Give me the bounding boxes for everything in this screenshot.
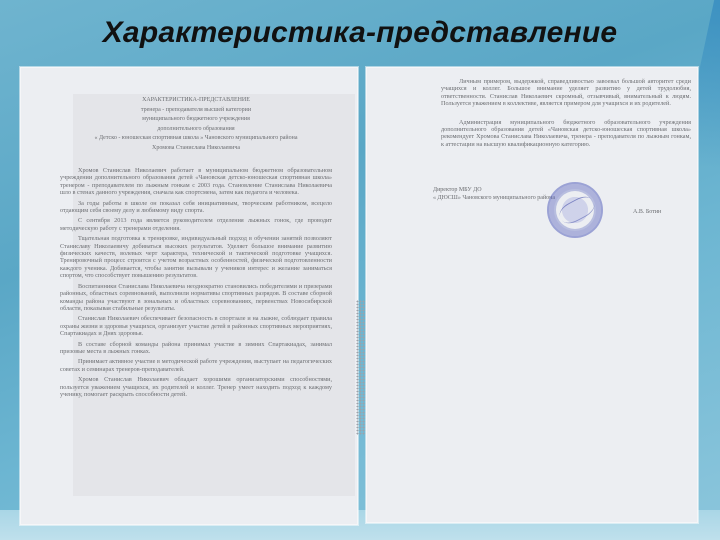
- paragraph: Администрация муниципального бюджетного …: [441, 119, 691, 149]
- slide-title: Характеристика-представление: [0, 16, 720, 50]
- paragraph: В составе сборной команды района принима…: [60, 341, 332, 356]
- paragraph: Принимает активное участие в методическо…: [60, 358, 332, 373]
- signature-scribble-icon: [556, 193, 597, 228]
- header-line: « Детско - юношеская спортивная школа » …: [60, 134, 332, 144]
- header-line: тренера - преподавателя высшей категории: [60, 106, 332, 116]
- signer-name: А.В. Ботин: [633, 208, 661, 216]
- signature-block: Директор МБУ ДО « ДЮСШ» Чановского муниц…: [433, 186, 693, 246]
- document-heading: ХАРАКТЕРИСТИКА-ПРЕДСТАВЛЕНИЕ: [60, 96, 332, 106]
- document-page-right: Личным примером, выдержкой, справедливос…: [366, 67, 698, 523]
- paragraph: Тщательная подготовка к тренировке, инди…: [60, 235, 332, 279]
- person-name: Хромова Станислава Николаевича: [60, 144, 332, 154]
- header-line: дополнительного образования: [60, 125, 332, 135]
- characteristic-document: ХАРАКТЕРИСТИКА-ПРЕДСТАВЛЕНИЕ тренера - п…: [60, 96, 332, 401]
- paragraph: С сентября 2013 года является руководите…: [60, 217, 332, 232]
- header-line: муниципального бюджетного учреждения: [60, 115, 332, 125]
- official-stamp-icon: [547, 182, 603, 238]
- characteristic-document-continued: Личным примером, выдержкой, справедливос…: [441, 78, 691, 151]
- paragraph: Личным примером, выдержкой, справедливос…: [441, 78, 691, 108]
- document-header: ХАРАКТЕРИСТИКА-ПРЕДСТАВЛЕНИЕ тренера - п…: [60, 96, 332, 153]
- paragraph: Хромов Станислав Николаевич работает в м…: [60, 167, 332, 197]
- paragraph: За годы работы в школе он показал себя и…: [60, 200, 332, 215]
- paragraph: Станислав Николаевич обеспечивает безопа…: [60, 315, 332, 337]
- paragraph: Хромов Станислав Николаевич обладает хор…: [60, 376, 332, 398]
- halftone-strip: [356, 300, 366, 435]
- paragraph: Воспитанники Станислава Николаевича неод…: [60, 283, 332, 313]
